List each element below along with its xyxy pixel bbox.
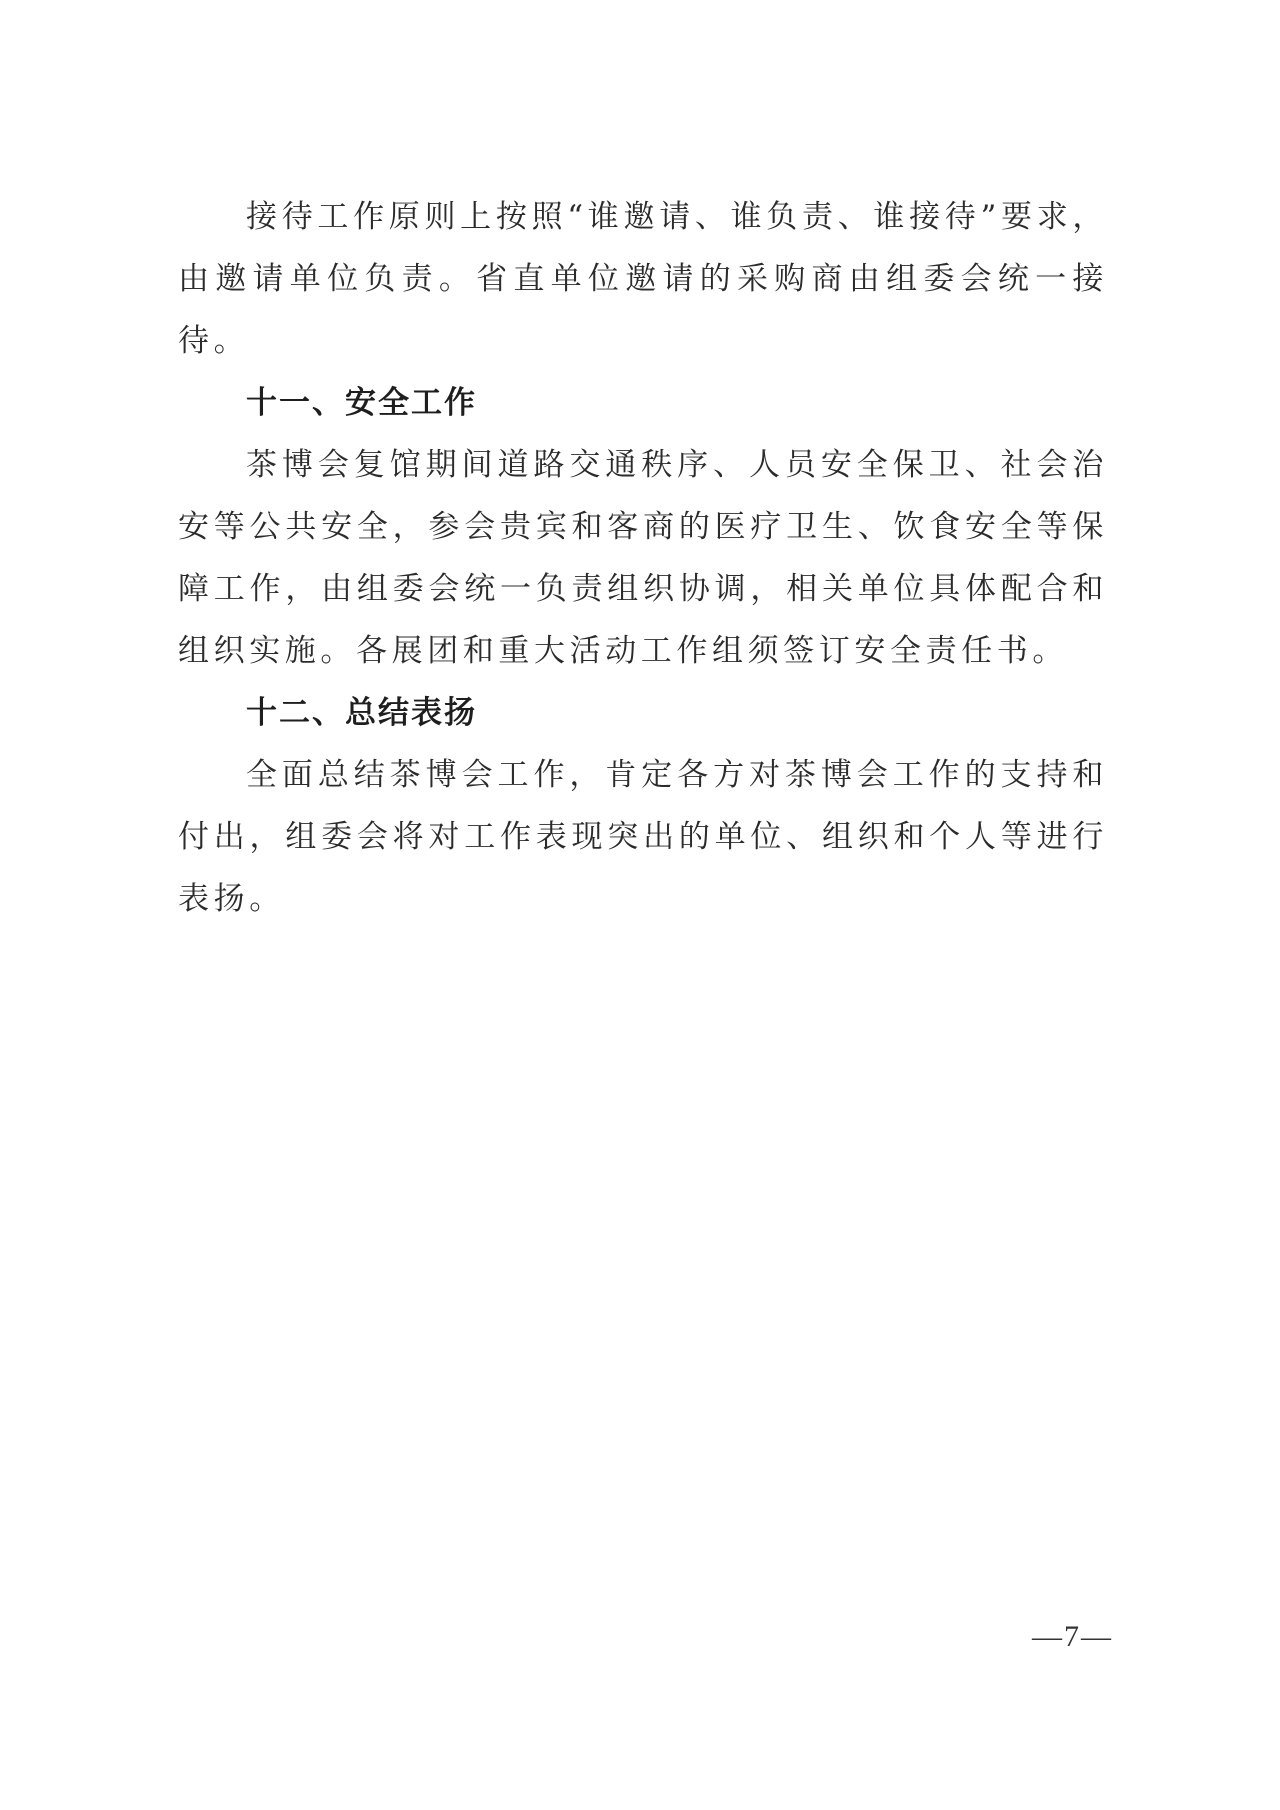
page-number: —7— bbox=[1032, 1620, 1113, 1654]
paragraph-reception: 接待工作原则上按照“谁邀请、谁负责、谁接待”要求，由邀请单位负责。省直单位邀请的… bbox=[178, 186, 1108, 372]
document-page: 接待工作原则上按照“谁邀请、谁负责、谁接待”要求，由邀请单位负责。省直单位邀请的… bbox=[0, 0, 1280, 1810]
heading-safety-work: 十一、安全工作 bbox=[178, 372, 1108, 434]
document-body: 接待工作原则上按照“谁邀请、谁负责、谁接待”要求，由邀请单位负责。省直单位邀请的… bbox=[178, 186, 1108, 930]
paragraph-safety: 茶博会复馆期间道路交通秩序、人员安全保卫、社会治安等公共安全，参会贵宾和客商的医… bbox=[178, 434, 1108, 682]
paragraph-summary: 全面总结茶博会工作，肯定各方对茶博会工作的支持和付出，组委会将对工作表现突出的单… bbox=[178, 744, 1108, 930]
heading-summary-commendation: 十二、总结表扬 bbox=[178, 682, 1108, 744]
